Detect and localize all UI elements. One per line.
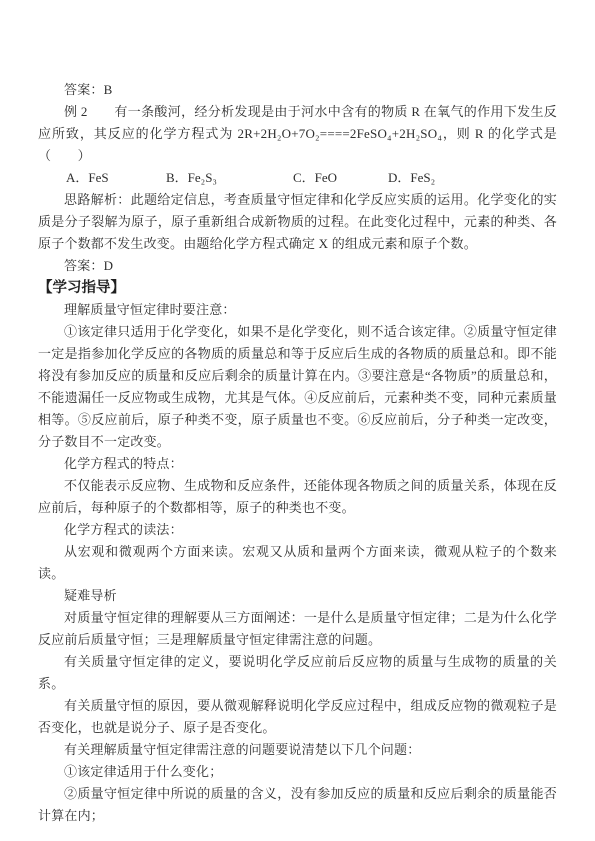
answer-line-example1: 答案：B: [38, 79, 557, 101]
reason-note-paragraph: 有关质量守恒的原因，要从微观解释说明化学反应过程中，组成反应物的微观粒子是否变化…: [38, 695, 557, 739]
study-guide-intro: 理解质量守恒定律时要注意：: [38, 299, 557, 321]
study-guide-numbered-notes: ①该定律只适用于化学变化，如果不是化学变化，则不适合该定律。②质量守恒定律一定是…: [38, 321, 557, 453]
answer-line-example2: 答案：D: [38, 255, 557, 277]
option-a: A．FeS: [66, 167, 166, 189]
difficult-points-title: 疑难导析: [38, 585, 557, 607]
questions-intro-paragraph: 有关理解质量守恒定律需注意的问题要说清楚以下几个问题：: [38, 739, 557, 761]
equation-reading-title: 化学方程式的读法：: [38, 519, 557, 541]
analysis-paragraph: 思路解析：此题给定信息，考查质量守恒定律和化学反应实质的运用。化学变化的实质是分…: [38, 189, 557, 255]
option-d: D．FeS₂: [388, 167, 435, 189]
three-aspects-paragraph: 对质量守恒定律的理解要从三方面阐述：一是什么是质量守恒定律；二是为什么化学反应前…: [38, 607, 557, 651]
note-question-2: ②质量守恒定律中所说的质量的含义，没有参加反应的质量和反应后剩余的质量能否计算在…: [38, 783, 557, 827]
option-b: B．Fe₂S₃: [166, 167, 293, 189]
option-c: C．FeO: [293, 167, 388, 189]
answer-options-row: A．FeS B．Fe₂S₃ C．FeO D．FeS₂: [38, 167, 557, 189]
equation-features-body: 不仅能表示反应物、生成物和反应条件，还能体现各物质之间的质量关系，体现在反应前后…: [38, 475, 557, 519]
definition-note-paragraph: 有关质量守恒定律的定义，要说明化学反应前后反应物的质量与生成物的质量的关系。: [38, 651, 557, 695]
document-page: { "document": { "example_section": { "an…: [0, 0, 595, 841]
equation-reading-body: 从宏观和微观两个方面来读。宏观又从质和量两个方面来读，微观从粒子的个数来读。: [38, 541, 557, 585]
note-question-1: ①该定律适用于什么变化；: [38, 761, 557, 783]
example2-question: 例 2 有一条酸河，经分析发现是由于河水中含有的物质 R 在氧气的作用下发生反应…: [38, 101, 557, 167]
study-guide-heading: 【学习指导】: [38, 277, 557, 299]
equation-features-title: 化学方程式的特点：: [38, 453, 557, 475]
page-content: 答案：B 例 2 有一条酸河，经分析发现是由于河水中含有的物质 R 在氧气的作用…: [38, 79, 557, 827]
